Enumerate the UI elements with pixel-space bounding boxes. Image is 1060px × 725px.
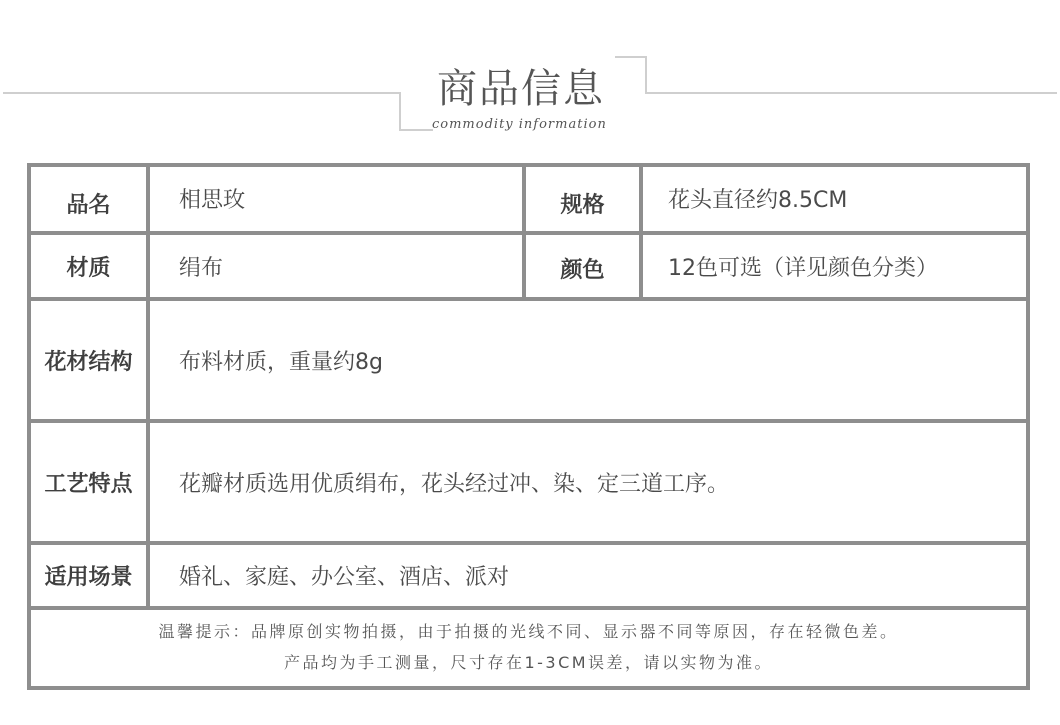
label-structure: 花材结构 [31,301,146,419]
value-structure: 布料材质，重量约8g [150,301,1026,419]
notice-line-1: 温馨提示：品牌原创实物拍摄，由于拍摄的光线不同、显示器不同等原因，存在轻微色差。 [158,616,898,647]
value-usage: 婚礼、家庭、办公室、酒店、派对 [150,545,1026,606]
value-craft: 花瓣材质选用优质绢布，花头经过冲、染、定三道工序。 [150,423,1026,541]
value-color: 12色可选（详见颜色分类） [643,235,1026,297]
label-spec: 规格 [526,167,639,231]
header-line-left [3,92,401,94]
value-material: 绢布 [150,235,522,297]
value-spec: 花头直径约8.5CM [643,167,1026,231]
label-color: 颜色 [526,235,639,297]
page-subtitle: commodity information [432,116,642,134]
product-info-table: 品名 相思玫 规格 花头直径约8.5CM 材质 绢布 颜色 12色可选（详见颜色… [27,163,1030,690]
value-product-name: 相思玫 [150,167,522,231]
notice: 温馨提示：品牌原创实物拍摄，由于拍摄的光线不同、显示器不同等原因，存在轻微色差。… [31,608,1026,686]
header-line-left-drop [399,92,401,131]
label-material: 材质 [31,235,146,297]
header-line-right-top [615,56,647,58]
page-title: 商品信息 [437,64,617,114]
label-craft: 工艺特点 [31,423,146,541]
header-line-right [645,92,1057,94]
label-usage: 适用场景 [31,545,146,606]
notice-line-2: 产品均为手工测量，尺寸存在1-3CM误差，请以实物为准。 [284,647,773,678]
header-line-left-foot [399,129,433,131]
header-line-right-drop [645,56,647,94]
label-product-name: 品名 [31,167,146,231]
